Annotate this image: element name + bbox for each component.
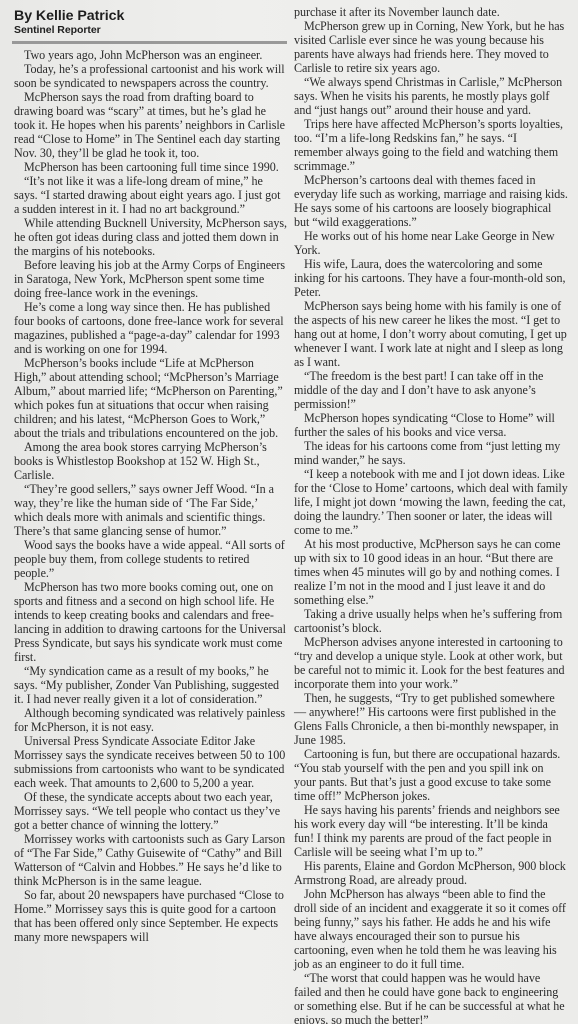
paragraph: The ideas for his cartoons come from “ju… — [294, 439, 568, 467]
paragraph: Trips here have affected McPherson’s spo… — [294, 117, 568, 173]
paragraph: “We always spend Christmas in Carlisle,”… — [294, 75, 568, 117]
byline-title: Sentinel Reporter — [14, 24, 287, 36]
paragraph: Today, he’s a professional cartoonist an… — [14, 62, 287, 90]
paragraph: Morrissey works with cartoonists such as… — [14, 832, 287, 888]
paragraph: Two years ago, John McPherson was an eng… — [14, 48, 287, 62]
newspaper-clipping: By Kellie Patrick Sentinel Reporter Two … — [0, 0, 578, 1024]
paragraph: Cartooning is fun, but there are occupat… — [294, 747, 568, 803]
paragraph: Taking a drive usually helps when he’s s… — [294, 607, 568, 635]
paragraph: Of these, the syndicate accepts about tw… — [14, 790, 287, 832]
paragraph: McPherson’s books include “Life at McPhe… — [14, 356, 287, 440]
paragraph: His wife, Laura, does the watercoloring … — [294, 257, 568, 299]
paragraph: McPherson has been cartooning full time … — [14, 160, 287, 174]
paragraph: “It’s not like it was a life-long dream … — [14, 174, 287, 216]
paragraph: Among the area book stores carrying McPh… — [14, 440, 287, 482]
paragraph: Before leaving his job at the Army Corps… — [14, 258, 287, 300]
paragraph: While attending Bucknell University, McP… — [14, 216, 287, 258]
paragraph: “The worst that could happen was he woul… — [294, 971, 568, 1024]
paragraph: “My syndication came as a result of my b… — [14, 664, 287, 706]
paragraph: McPherson grew up in Corning, New York, … — [294, 19, 568, 75]
paragraph-continuation: purchase it after its November launch da… — [294, 5, 568, 19]
paragraph: John McPherson has always “been able to … — [294, 887, 568, 971]
paragraph: McPherson has two more books coming out,… — [14, 580, 287, 664]
paragraph: McPherson advises anyone interested in c… — [294, 635, 568, 691]
paragraph: McPherson says the road from drafting bo… — [14, 90, 287, 160]
paragraph: He says having his parents’ friends and … — [294, 803, 568, 859]
paragraph: McPherson says being home with his famil… — [294, 299, 568, 369]
byline-divider — [12, 41, 287, 44]
paragraph: He’s come a long way since then. He has … — [14, 300, 287, 356]
paragraph: He works out of his home near Lake Georg… — [294, 229, 568, 257]
paragraph: Although becoming syndicated was relativ… — [14, 706, 287, 734]
paragraph: McPherson hopes syndicating “Close to Ho… — [294, 411, 568, 439]
paragraph: McPherson’s cartoons deal with themes fa… — [294, 173, 568, 229]
paragraph: “The freedom is the best part! I can tak… — [294, 369, 568, 411]
paragraph: At his most productive, McPherson says h… — [294, 537, 568, 607]
paragraph: Wood says the books have a wide appeal. … — [14, 538, 287, 580]
byline-author: By Kellie Patrick — [14, 9, 287, 24]
paragraph: Universal Press Syndicate Associate Edit… — [14, 734, 287, 790]
paragraph: “They’re good sellers,” says owner Jeff … — [14, 482, 287, 538]
article-column-left: By Kellie Patrick Sentinel Reporter Two … — [14, 0, 287, 944]
paragraph: So far, about 20 newspapers have purchas… — [14, 888, 287, 944]
paragraph: His parents, Elaine and Gordon McPherson… — [294, 859, 568, 887]
paragraph: Then, he suggests, “Try to get published… — [294, 691, 568, 747]
byline: By Kellie Patrick Sentinel Reporter — [14, 9, 287, 36]
article-column-right: purchase it after its November launch da… — [294, 5, 568, 1024]
paragraph: “I keep a notebook with me and I jot dow… — [294, 467, 568, 537]
